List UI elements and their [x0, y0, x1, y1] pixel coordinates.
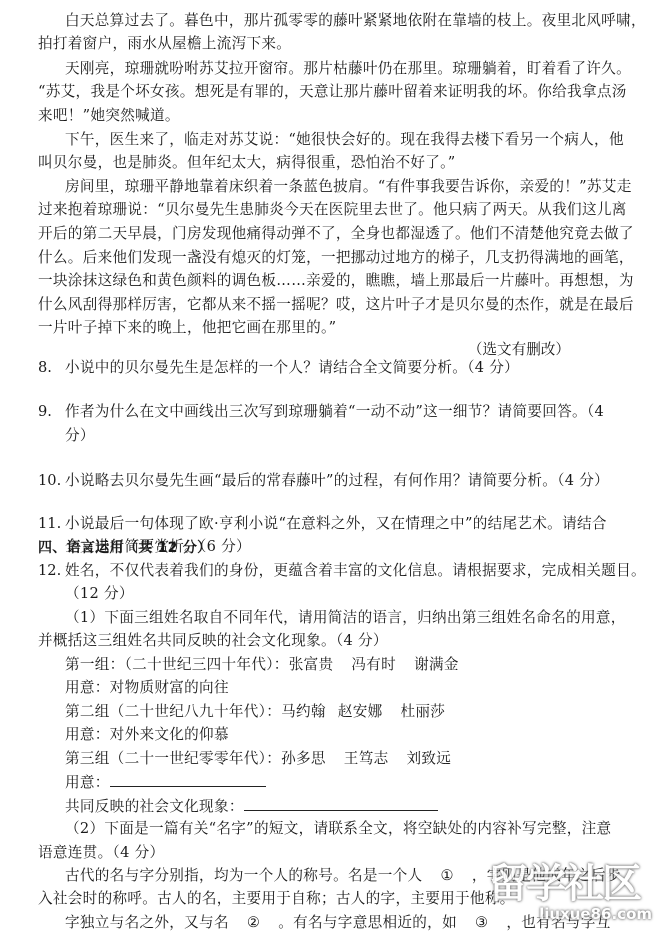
- passage-line: 什么风刮得那样厉害，它都从来不摇一摇呢？哎，这片叶子才是贝尔曼的杰作，就是在最后: [38, 295, 634, 315]
- question-number: 12.: [38, 561, 61, 581]
- passage-line: 来吧！”她突然喊道。: [38, 106, 180, 126]
- passage-line: 房间里，琼珊平静地靠着床织着一条蓝色披肩。“有件事我要告诉你，亲爱的！”苏艾走: [65, 177, 632, 197]
- text: 。有名与字意思相近的，如: [278, 914, 457, 931]
- blank-marker: ②: [247, 914, 260, 931]
- passage-line: “苏艾，我是个坏女孩。想死是有罪的，天意让那片藤叶留着来证明我的坏。你给我拿点汤: [38, 82, 627, 102]
- part2-para1-line: 入社会时的称呼。古人的名，主要用于自称；古人的字，主要用于他称。: [38, 889, 515, 909]
- question-text: （12 分）: [65, 584, 134, 604]
- passage-line: 开后的第二天早晨，门房发现他痛得动弹不了，全身也都湿透了。他们不清楚他究竟去做了: [38, 224, 634, 244]
- name: 马约翰: [281, 703, 326, 720]
- question-number: 8.: [38, 358, 52, 378]
- part1-text: （1）下面三组姓名取自不同年代，请用简洁的语言，归纳出第三组姓名命名的用意，: [65, 608, 626, 628]
- part1-text: 并概括这三组姓名共同反映的社会文化现象。（4 分）: [38, 631, 388, 651]
- passage-line: 过来抱着琼珊说：“贝尔曼先生患肺炎今天在医院里去世了。他只病了两天。从我们这儿离: [38, 200, 627, 220]
- group1-meaning: 用意：对物质财富的向往: [65, 678, 229, 698]
- passage-line: 拍打着窗户，雨水从屋檐上流泻下来。: [38, 34, 291, 54]
- text: 字独立与名之外，又与名: [65, 914, 229, 931]
- answer-blank[interactable]: [244, 796, 438, 811]
- source-note: （选文有删改）: [468, 340, 570, 360]
- name: 孙多思: [281, 750, 326, 767]
- blank-marker: ③: [475, 914, 488, 931]
- name: 赵安娜: [338, 703, 383, 720]
- group3-label: 第三组（二十一世纪零零年代）：: [65, 750, 281, 767]
- passage-line: 什么。后来他们发现一盏没有熄灭的灯笼，一把挪动过地方的梯子，几支扔得满地的画笔，: [38, 248, 634, 268]
- passage-line: 下午，医生来了，临走对苏艾说：“她很快会好的。现在我得去楼下看另一个病人，他: [65, 130, 624, 150]
- answer-blank[interactable]: [110, 772, 266, 787]
- watermark-logo: 留学社区 liuxue86.com: [488, 862, 658, 932]
- passage-line: 一片叶子掉下来的晚上，他把它画在那里的。”: [38, 318, 336, 338]
- name: 谢满金: [414, 656, 459, 673]
- group2-meaning: 用意：对外来文化的仰慕: [65, 725, 229, 745]
- group1-label: 第一组：（二十世纪三四十年代）：: [65, 656, 289, 673]
- passage-line: 一块涂抹这绿色和黄色颜料的调色板……亲爱的，瞧瞧，墙上那最后一片藤叶。再想想，为: [38, 271, 634, 291]
- part2-text: 语意连贯。（4 分）: [38, 843, 164, 863]
- passage-line: 叫贝尔曼，也是肺炎。但年纪太大，病得很重，恐怕治不好了。”: [38, 153, 456, 173]
- passage-line: 白天总算过去了。暮色中，那片孤零零的藤叶紧紧地依附在靠墙的枝上。夜里北风呼啸，: [65, 11, 646, 31]
- watermark-url: liuxue86.com: [488, 906, 658, 922]
- name: 冯有时: [351, 656, 396, 673]
- exam-page: 白天总算过去了。暮色中，那片孤零零的藤叶紧紧地依附在靠墙的枝上。夜里北风呼啸， …: [0, 0, 658, 944]
- group1-line: 第一组：（二十世纪三四十年代）：张富贵冯有时谢满金: [65, 655, 459, 675]
- question-text: 小说略去贝尔曼先生画“最后的常春藤叶”的过程，有何作用？请简要分析。（4 分）: [65, 471, 609, 491]
- question-number: 10.: [38, 471, 61, 491]
- watermark-text: 留学社区: [488, 862, 658, 906]
- group3-meaning-line: 用意：: [65, 772, 266, 793]
- part2-text: （2）下面是一篇有关“名字”的短文，请联系全文，将空缺处的内容补写完整，注意: [65, 819, 611, 839]
- section-title: 四、语言运用（共 12 分）: [38, 538, 211, 558]
- passage-line: 天刚亮，琼珊就吩咐苏艾拉开窗帘。那片枯藤叶仍在那里。琼珊躺着，盯着看了许久。: [65, 59, 631, 79]
- name: 王笃志: [344, 750, 389, 767]
- question-text: 小说最后一句体现了欧·亨利小说“在意料之外，又在情理之中”的结尾艺术。请结合: [65, 514, 607, 534]
- question-text: 分）: [65, 426, 95, 446]
- name: 刘致远: [406, 750, 451, 767]
- question-number: 9.: [38, 402, 52, 422]
- group2-label: 第二组（二十世纪八九十年代）：: [65, 703, 281, 720]
- group3-line: 第三组（二十一世纪零零年代）：孙多思王笃志刘致远: [65, 749, 451, 769]
- meaning-label: 用意：: [65, 774, 110, 791]
- group2-line: 第二组（二十世纪八九十年代）：马约翰赵安娜杜丽莎: [65, 702, 445, 722]
- question-text: 小说中的贝尔曼先生是怎样的一个人？请结合全文简要分析。（4 分）: [65, 358, 519, 378]
- common-phenomenon-line: 共同反映的社会文化现象：: [65, 796, 438, 817]
- question-number: 11.: [38, 514, 61, 534]
- question-text: 姓名，不仅代表着我们的身份，更蕴含着丰富的文化信息。请根据要求，完成相关题目。: [65, 561, 646, 581]
- common-label: 共同反映的社会文化现象：: [65, 798, 244, 815]
- text: 古代的名与字分别指，均为一个人的称号。名是一个人: [65, 867, 422, 884]
- question-text: 作者为什么在文中画线出三次写到琼珊躺着“一动不动”这一细节？请简要回答。（4: [65, 402, 604, 422]
- name: 杜丽莎: [400, 703, 445, 720]
- blank-marker: ①: [440, 867, 453, 884]
- name: 张富贵: [289, 656, 334, 673]
